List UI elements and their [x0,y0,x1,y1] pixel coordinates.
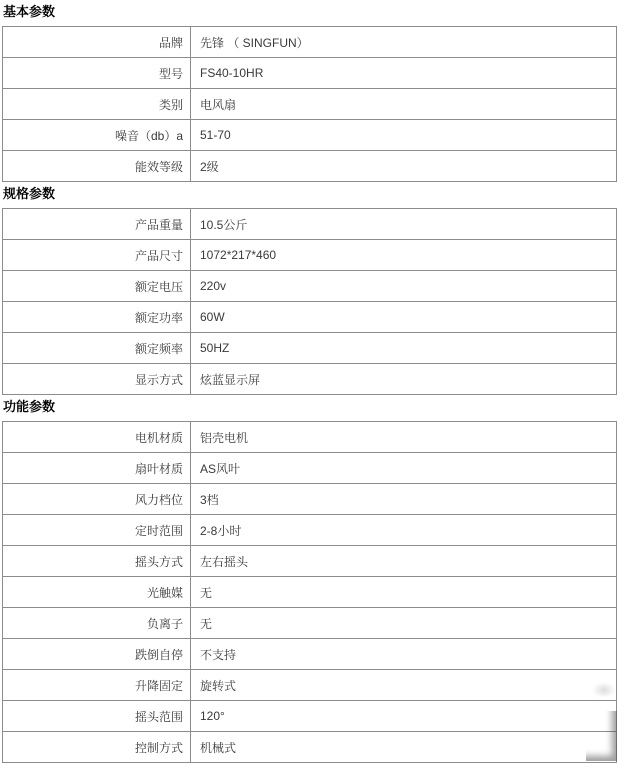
table-row: 显示方式 炫蓝显示屏 [3,364,617,395]
table-row: 类别 电风扇 [3,89,617,120]
spec-label: 定时范围 [3,515,191,546]
spec-table: 品牌 先锋 （ SINGFUN） 型号 FS40-10HR 类别 电风扇 噪音（… [2,26,617,182]
spec-value: 60W [191,302,617,333]
table-row: 额定频率 50HZ [3,333,617,364]
spec-label: 额定功率 [3,302,191,333]
table-row: 扇叶材质 AS风叶 [3,453,617,484]
table-row: 型号 FS40-10HR [3,58,617,89]
spec-value: FS40-10HR [191,58,617,89]
table-row: 风力档位 3档 [3,484,617,515]
spec-value: 120° [191,701,617,732]
spec-value: 无 [191,608,617,639]
spec-table: 产品重量 10.5公斤 产品尺寸 1072*217*460 额定电压 220v … [2,208,617,395]
spec-label: 型号 [3,58,191,89]
spec-value: 50HZ [191,333,617,364]
spec-value: 无 [191,577,617,608]
table-row: 产品重量 10.5公斤 [3,209,617,240]
section-title: 基本参数 [2,0,630,26]
table-row: 负离子 无 [3,608,617,639]
table-row: 升降固定 旋转式 [3,670,617,701]
spec-value: 220v [191,271,617,302]
spec-label: 品牌 [3,27,191,58]
table-row: 额定功率 60W [3,302,617,333]
spec-label: 噪音（db）a [3,120,191,151]
product-spec-page: 基本参数 品牌 先锋 （ SINGFUN） 型号 FS40-10HR 类别 电风… [0,0,630,763]
spec-section-2: 功能参数 电机材质 铝壳电机 扇叶材质 AS风叶 风力档位 3档 定时范围 2-… [2,395,630,763]
spec-label: 跌倒自停 [3,639,191,670]
spec-section-0: 基本参数 品牌 先锋 （ SINGFUN） 型号 FS40-10HR 类别 电风… [2,0,630,182]
spec-label: 类别 [3,89,191,120]
table-row: 品牌 先锋 （ SINGFUN） [3,27,617,58]
spec-value: 2-8小时 [191,515,617,546]
spec-label: 升降固定 [3,670,191,701]
spec-value: 炫蓝显示屏 [191,364,617,395]
spec-label: 光触媒 [3,577,191,608]
spec-value: 10.5公斤 [191,209,617,240]
spec-value: 电风扇 [191,89,617,120]
table-row: 产品尺寸 1072*217*460 [3,240,617,271]
spec-table: 电机材质 铝壳电机 扇叶材质 AS风叶 风力档位 3档 定时范围 2-8小时 摇… [2,421,617,763]
spec-label: 产品重量 [3,209,191,240]
spec-section-1: 规格参数 产品重量 10.5公斤 产品尺寸 1072*217*460 额定电压 … [2,182,630,395]
spec-label: 额定频率 [3,333,191,364]
spec-value: 铝壳电机 [191,422,617,453]
spec-value: 不支持 [191,639,617,670]
section-title: 规格参数 [2,182,630,208]
spec-label: 产品尺寸 [3,240,191,271]
spec-value: 先锋 （ SINGFUN） [191,27,617,58]
spec-value: 3档 [191,484,617,515]
table-row: 定时范围 2-8小时 [3,515,617,546]
spec-label: 能效等级 [3,151,191,182]
spec-label: 风力档位 [3,484,191,515]
table-row: 跌倒自停 不支持 [3,639,617,670]
spec-value: 旋转式 [191,670,617,701]
spec-label: 负离子 [3,608,191,639]
spec-sections: 基本参数 品牌 先锋 （ SINGFUN） 型号 FS40-10HR 类别 电风… [2,0,630,763]
spec-value: 2级 [191,151,617,182]
table-row: 噪音（db）a 51-70 [3,120,617,151]
spec-label: 扇叶材质 [3,453,191,484]
spec-label: 摇头方式 [3,546,191,577]
spec-value: 1072*217*460 [191,240,617,271]
table-row: 光触媒 无 [3,577,617,608]
section-title: 功能参数 [2,395,630,421]
spec-value: 左右摇头 [191,546,617,577]
table-row: 控制方式 机械式 [3,732,617,763]
table-row: 摇头方式 左右摇头 [3,546,617,577]
spec-value: AS风叶 [191,453,617,484]
spec-value: 机械式 [191,732,617,763]
table-row: 能效等级 2级 [3,151,617,182]
spec-label: 控制方式 [3,732,191,763]
table-row: 电机材质 铝壳电机 [3,422,617,453]
table-row: 摇头范围 120° [3,701,617,732]
spec-label: 显示方式 [3,364,191,395]
spec-label: 电机材质 [3,422,191,453]
table-row: 额定电压 220v [3,271,617,302]
spec-value: 51-70 [191,120,617,151]
spec-label: 额定电压 [3,271,191,302]
spec-label: 摇头范围 [3,701,191,732]
